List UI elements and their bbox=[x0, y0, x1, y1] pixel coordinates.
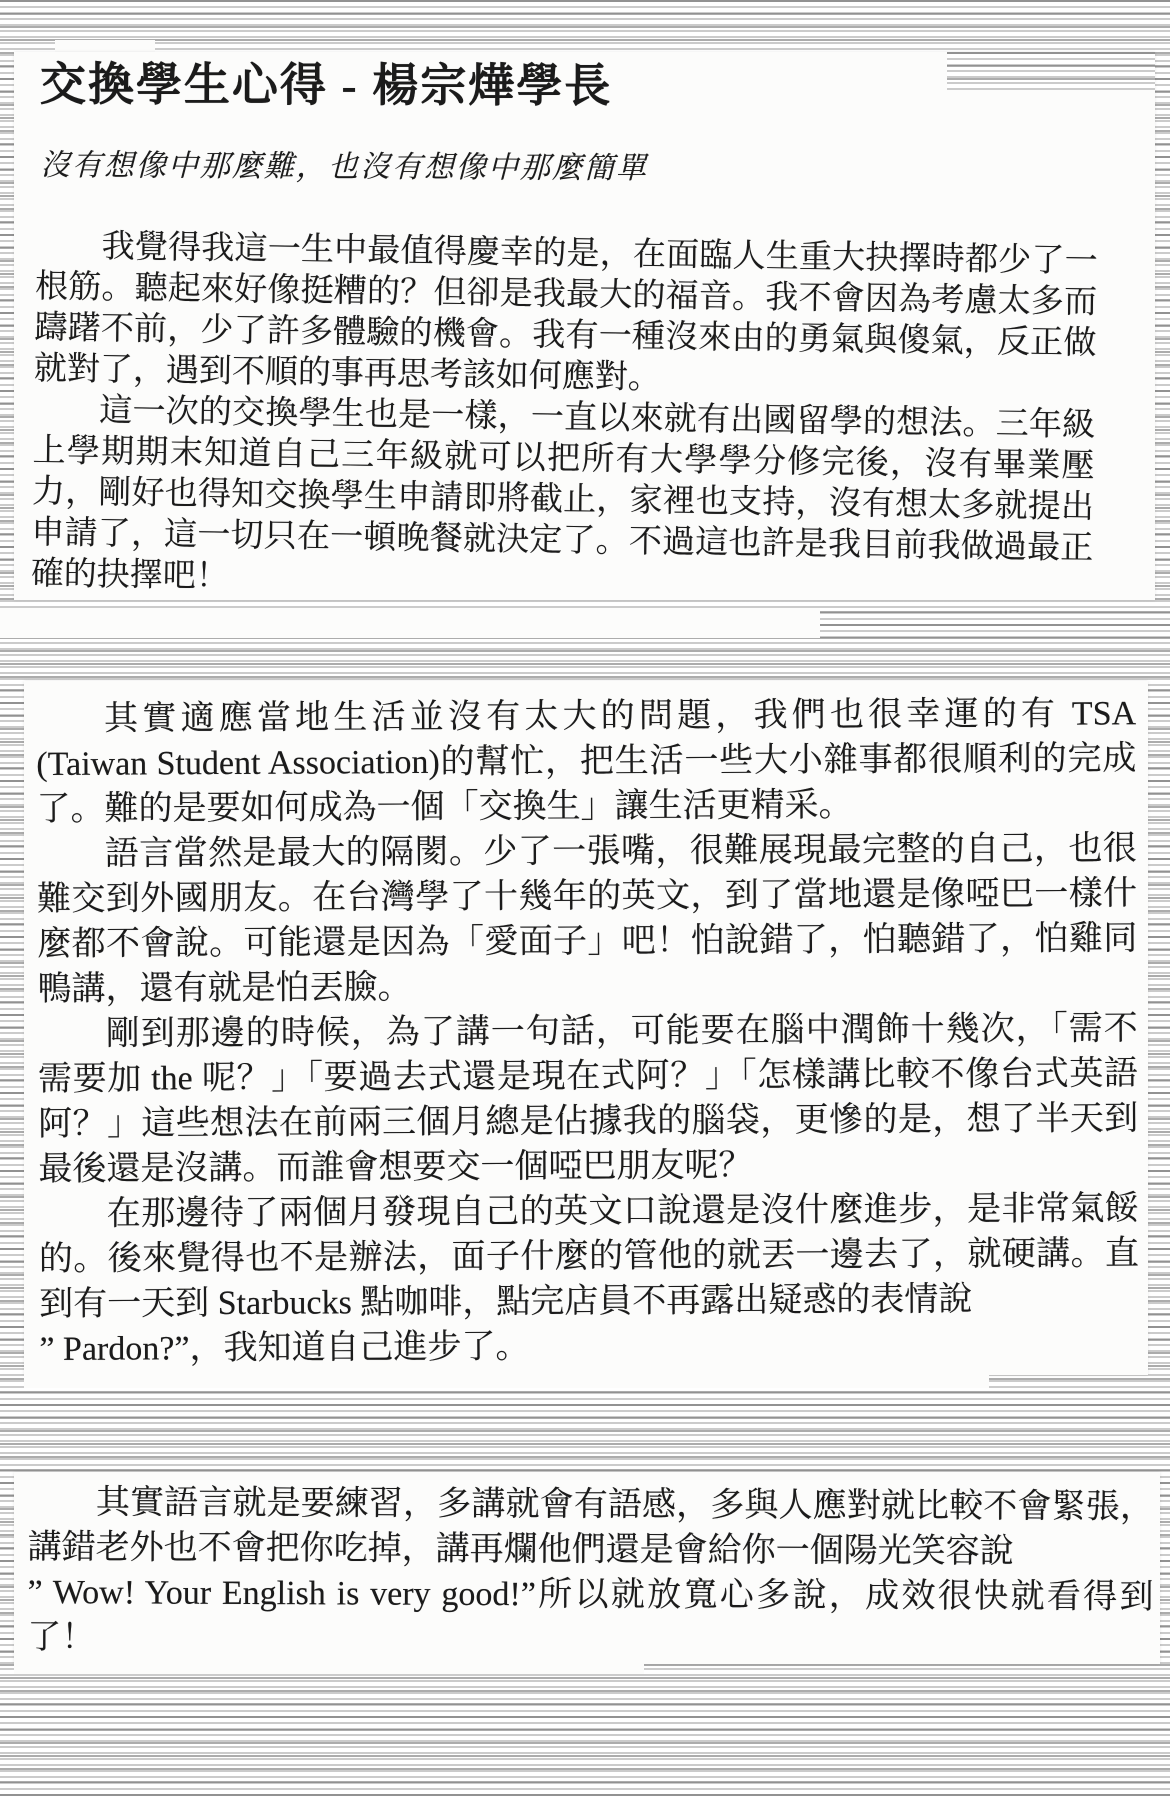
paragraph-group-1: 我覺得我這一生中最值得慶幸的是，在面臨人生重大抉擇時都少了一根筋。聽起來好像挺糟… bbox=[31, 226, 1098, 611]
page-title: 交換學生心得 - 楊宗燁學長 bbox=[40, 58, 1137, 115]
paragraph: 語言當然是最大的隔閡。少了一張嘴，很難展現最完整的自己，也很難交到外國朋友。在台… bbox=[37, 826, 1138, 1012]
paragraph-group-3: 其實語言就是要練習，多講就會有語感，多與人應對就比較不會緊張，講錯老外也不會把你… bbox=[27, 1480, 1154, 1665]
scan-white-artifact bbox=[0, 608, 820, 638]
scan-white-artifact bbox=[14, 1658, 644, 1674]
document-block-1: 交換學生心得 - 楊宗燁學長 沒有想像中那麼難，也沒有想像中那麼簡單 我覺得我這… bbox=[14, 52, 1155, 600]
paragraph: ” Pardon?”，我知道自己進步了。 bbox=[39, 1321, 1139, 1372]
scanned-document-page: 交換學生心得 - 楊宗燁學長 沒有想像中那麼難，也沒有想像中那麼簡單 我覺得我這… bbox=[0, 0, 1170, 1797]
paragraph: 我覺得我這一生中最值得慶幸的是，在面臨人生重大抉擇時都少了一根筋。聽起來好像挺糟… bbox=[34, 226, 1098, 406]
subtitle: 沒有想像中那麼難，也沒有想像中那麼簡單 bbox=[40, 146, 1137, 192]
paragraph: 在那邊待了兩個月發現自己的英文口說還是沒什麼進步，是非常氣餒的。後來覺得也不是辦… bbox=[39, 1186, 1140, 1327]
paragraph: 這一次的交換學生也是一樣，一直以來就有出國留學的想法。三年級上學期期末知道自己三… bbox=[31, 390, 1096, 611]
paragraph: 剛到那邊的時候，為了講一句話，可能要在腦中潤飾十幾次，「需不需要加 the 呢？… bbox=[38, 1006, 1139, 1192]
paragraph: 其實語言就是要練習，多講就會有語感，多與人應對就比較不會緊張，講錯老外也不會把你… bbox=[28, 1480, 1154, 1575]
document-block-2: 其實適應當地生活並沒有太大的問題，我們也很幸運的有 TSA (Taiwan St… bbox=[24, 681, 1148, 1375]
paragraph: 其實適應當地生活並沒有太大的問題，我們也很幸運的有 TSA (Taiwan St… bbox=[36, 691, 1137, 832]
document-block-3: 其實語言就是要練習，多講就會有語感，多與人應對就比較不會緊張，講錯老外也不會把你… bbox=[14, 1472, 1160, 1664]
paragraph: ” Wow! Your English is very good!”所以就放寬心… bbox=[27, 1570, 1153, 1665]
scan-white-artifact bbox=[24, 1372, 989, 1388]
paragraph-group-2: 其實適應當地生活並沒有太大的問題，我們也很幸運的有 TSA (Taiwan St… bbox=[36, 691, 1140, 1372]
